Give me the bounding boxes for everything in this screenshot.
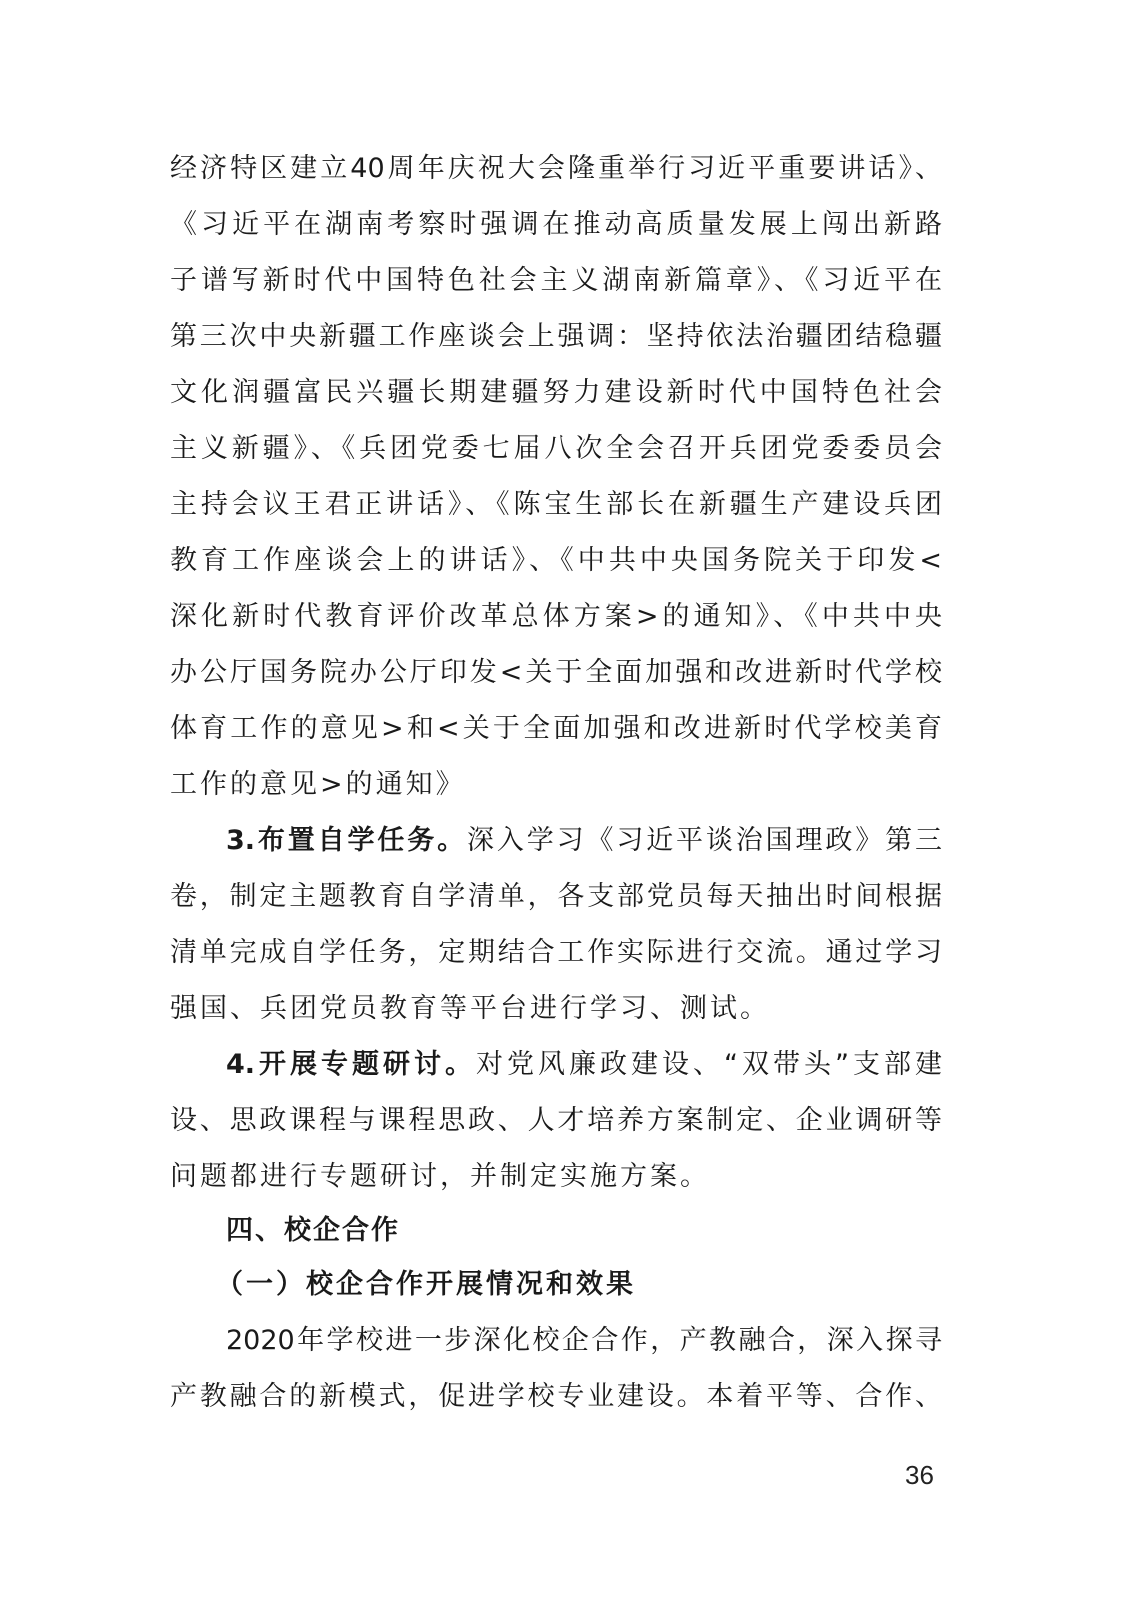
text-line: 产教融合的新模式，促进学校专业建设。本着平等、合作、: [170, 1369, 942, 1425]
text-line: 4.开展专题研讨。对党风廉政建设、“双带头”支部建: [226, 1037, 942, 1093]
page-number: 36: [905, 1460, 934, 1491]
item-4-title: 4.开展专题研讨。: [226, 1049, 476, 1080]
item-3-title: 3.布置自学任务。: [226, 825, 467, 856]
text-line: 办公厅国务院办公厅印发<关于全面加强和改进新时代学校: [170, 645, 942, 701]
text-line: 文化润疆富民兴疆长期建疆努力建设新时代中国特色社会: [170, 365, 942, 421]
text-line: 子谱写新时代中国特色社会主义湖南新篇章》、《习近平在: [170, 253, 942, 309]
text-line: 清单完成自学任务，定期结合工作实际进行交流。通过学习: [170, 925, 942, 981]
text-line: 问题都进行专题研讨，并制定实施方案。: [170, 1149, 942, 1205]
text-line: 体育工作的意见>和<关于全面加强和改进新时代学校美育: [170, 701, 942, 757]
text-line: 3.布置自学任务。深入学习《习近平谈治国理政》第三: [226, 813, 942, 869]
text-line: 强国、兵团党员教育等平台进行学习、测试。: [170, 981, 942, 1037]
text-line: 《习近平在湖南考察时强调在推动高质量发展上闯出新路: [170, 197, 942, 253]
subsection-heading: （一）校企合作开展情况和效果: [216, 1257, 636, 1313]
text-line: 工作的意见>的通知》: [170, 757, 942, 813]
text-line: 深化新时代教育评价改革总体方案>的通知》、《中共中央: [170, 589, 942, 645]
text-line: 2020年学校进一步深化校企合作，产教融合，深入探寻: [226, 1313, 942, 1369]
document-page: 经济特区建立40周年庆祝大会隆重举行习近平重要讲话》、 《习近平在湖南考察时强调…: [0, 0, 1131, 1600]
text-line: 教育工作座谈会上的讲话》、《中共中央国务院关于印发<: [170, 533, 942, 589]
text-line: 主持会议王君正讲话》、《陈宝生部长在新疆生产建设兵团: [170, 477, 942, 533]
text-line: 第三次中央新疆工作座谈会上强调：坚持依法治疆团结稳疆: [170, 309, 942, 365]
item-4-text: 对党风廉政建设、“双带头”支部建: [476, 1049, 942, 1080]
text-line: 设、思政课程与课程思政、人才培养方案制定、企业调研等: [170, 1093, 942, 1149]
item-3-text: 深入学习《习近平谈治国理政》第三: [467, 825, 942, 856]
text-line: 主义新疆》、《兵团党委七届八次全会召开兵团党委委员会: [170, 421, 942, 477]
section-heading: 四、校企合作: [226, 1203, 400, 1259]
text-line: 卷，制定主题教育自学清单，各支部党员每天抽出时间根据: [170, 869, 942, 925]
text-line: 经济特区建立40周年庆祝大会隆重举行习近平重要讲话》、: [170, 141, 942, 197]
